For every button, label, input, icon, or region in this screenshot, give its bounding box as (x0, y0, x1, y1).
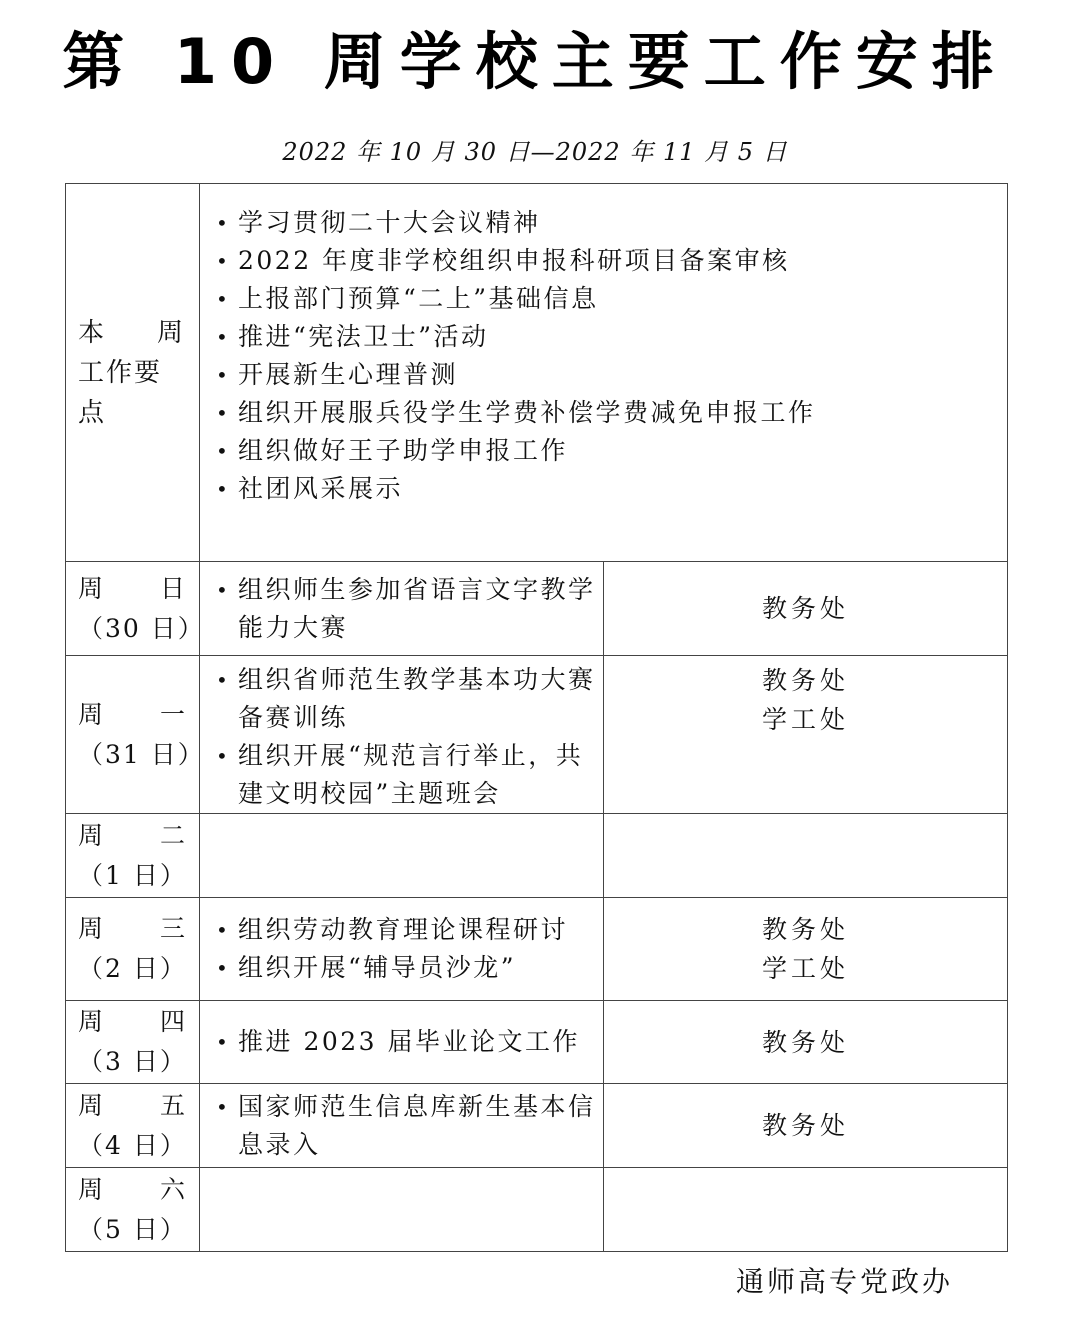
day-week-label: 周 (78, 1086, 103, 1126)
task-item: 组织师生参加省语言文字教学能力大赛 (214, 571, 597, 647)
day-week-label: 周 (78, 1170, 103, 1210)
dept-label: 教务处 (604, 589, 1007, 628)
key-point-item: 推进“宪法卫士”活动 (214, 318, 1001, 356)
day-week-label: 周 (78, 569, 103, 609)
day-date-label: （3 日） (78, 1042, 185, 1082)
dept-cell: 教务处 (604, 1084, 1008, 1168)
day-row-friday: 周五 （4 日） 国家师范生信息库新生基本信息录入 教务处 (66, 1084, 1008, 1168)
task-item: 组织开展“规范言行举止，共建文明校园”主题班会 (214, 737, 597, 813)
day-label-cell: 周一 （31 日） (66, 656, 200, 814)
key-point-item: 开展新生心理普测 (214, 356, 1001, 394)
day-row-saturday: 周六 （5 日） (66, 1168, 1008, 1252)
day-tasks-cell: 组织劳动教育理论课程研讨 组织开展“辅导员沙龙” (200, 898, 604, 1001)
dept-cell: 教务处 (604, 1001, 1008, 1084)
key-points-label-cell: 本 周 工作要点 (66, 184, 200, 562)
day-week-label: 周 (78, 1002, 103, 1042)
day-date-label: （2 日） (78, 949, 185, 989)
day-label-cell: 周五 （4 日） (66, 1084, 200, 1168)
task-item: 推进 2023 届毕业论文工作 (214, 1023, 597, 1061)
key-points-row: 本 周 工作要点 学习贯彻二十大会议精神 2022 年度非学校组织申报科研项目备… (66, 184, 1008, 562)
key-points-label-ben: 本 (78, 313, 106, 353)
day-name-label: 三 (160, 909, 185, 949)
day-row-tuesday: 周二 （1 日） (66, 814, 1008, 898)
task-item: 组织开展“辅导员沙龙” (214, 949, 597, 987)
day-tasks-cell: 组织师生参加省语言文字教学能力大赛 (200, 562, 604, 656)
dept-cell (604, 1168, 1008, 1252)
day-week-label: 周 (78, 909, 103, 949)
key-point-item: 2022 年度非学校组织申报科研项目备案审核 (214, 242, 1001, 280)
dept-label: 教务处 (604, 910, 1007, 949)
dept-label: 学工处 (604, 700, 1007, 739)
task-item: 组织省师范生教学基本功大赛备赛训练 (214, 661, 597, 737)
day-label-cell: 周二 （1 日） (66, 814, 200, 898)
page-title: 第 10 周学校主要工作安排 (0, 22, 1070, 102)
key-point-item: 社团风采展示 (214, 470, 1001, 508)
day-row-monday: 周一 （31 日） 组织省师范生教学基本功大赛备赛训练 组织开展“规范言行举止，… (66, 656, 1008, 814)
issuer-signature: 通师高专党政办 (736, 1262, 953, 1302)
dept-cell (604, 814, 1008, 898)
day-label-cell: 周三 （2 日） (66, 898, 200, 1001)
schedule-table: 本 周 工作要点 学习贯彻二十大会议精神 2022 年度非学校组织申报科研项目备… (65, 183, 1008, 1252)
day-tasks-cell: 组织省师范生教学基本功大赛备赛训练 组织开展“规范言行举止，共建文明校园”主题班… (200, 656, 604, 814)
day-name-label: 二 (160, 816, 185, 856)
day-label-cell: 周四 （3 日） (66, 1001, 200, 1084)
day-label-cell: 周日 （30 日） (66, 562, 200, 656)
dept-cell: 教务处 学工处 (604, 898, 1008, 1001)
day-date-label: （4 日） (78, 1126, 185, 1166)
day-row-thursday: 周四 （3 日） 推进 2023 届毕业论文工作 教务处 (66, 1001, 1008, 1084)
dept-cell: 教务处 学工处 (604, 656, 1008, 814)
day-name-label: 五 (160, 1086, 185, 1126)
key-points-label-line2: 工作要点 (78, 353, 185, 433)
day-name-label: 六 (160, 1170, 185, 1210)
task-item: 国家师范生信息库新生基本信息录入 (214, 1088, 597, 1164)
day-tasks-cell (200, 1168, 604, 1252)
date-range: 2022 年 10 月 30 日—2022 年 11 月 5 日 (0, 134, 1070, 170)
day-week-label: 周 (78, 816, 103, 856)
day-date-label: （30 日） (78, 609, 185, 649)
day-tasks-cell: 国家师范生信息库新生基本信息录入 (200, 1084, 604, 1168)
dept-label: 教务处 (604, 1023, 1007, 1062)
day-date-label: （31 日） (78, 735, 185, 775)
key-points-label-zhou: 周 (157, 313, 185, 353)
day-date-label: （5 日） (78, 1210, 185, 1250)
key-point-item: 学习贯彻二十大会议精神 (214, 204, 1001, 242)
key-point-item: 组织做好王子助学申报工作 (214, 432, 1001, 470)
day-row-sunday: 周日 （30 日） 组织师生参加省语言文字教学能力大赛 教务处 (66, 562, 1008, 656)
dept-cell: 教务处 (604, 562, 1008, 656)
task-item: 组织劳动教育理论课程研讨 (214, 911, 597, 949)
dept-label: 学工处 (604, 949, 1007, 988)
day-name-label: 一 (160, 695, 185, 735)
day-name-label: 日 (160, 569, 185, 609)
day-date-label: （1 日） (78, 856, 185, 896)
day-row-wednesday: 周三 （2 日） 组织劳动教育理论课程研讨 组织开展“辅导员沙龙” 教务处 学工… (66, 898, 1008, 1001)
day-name-label: 四 (160, 1002, 185, 1042)
day-label-cell: 周六 （5 日） (66, 1168, 200, 1252)
key-point-item: 上报部门预算“二上”基础信息 (214, 280, 1001, 318)
key-point-item: 组织开展服兵役学生学费补偿学费减免申报工作 (214, 394, 1001, 432)
day-week-label: 周 (78, 695, 103, 735)
day-tasks-cell: 推进 2023 届毕业论文工作 (200, 1001, 604, 1084)
day-tasks-cell (200, 814, 604, 898)
dept-label: 教务处 (604, 1106, 1007, 1145)
dept-label: 教务处 (604, 661, 1007, 700)
key-points-content: 学习贯彻二十大会议精神 2022 年度非学校组织申报科研项目备案审核 上报部门预… (200, 184, 1008, 562)
